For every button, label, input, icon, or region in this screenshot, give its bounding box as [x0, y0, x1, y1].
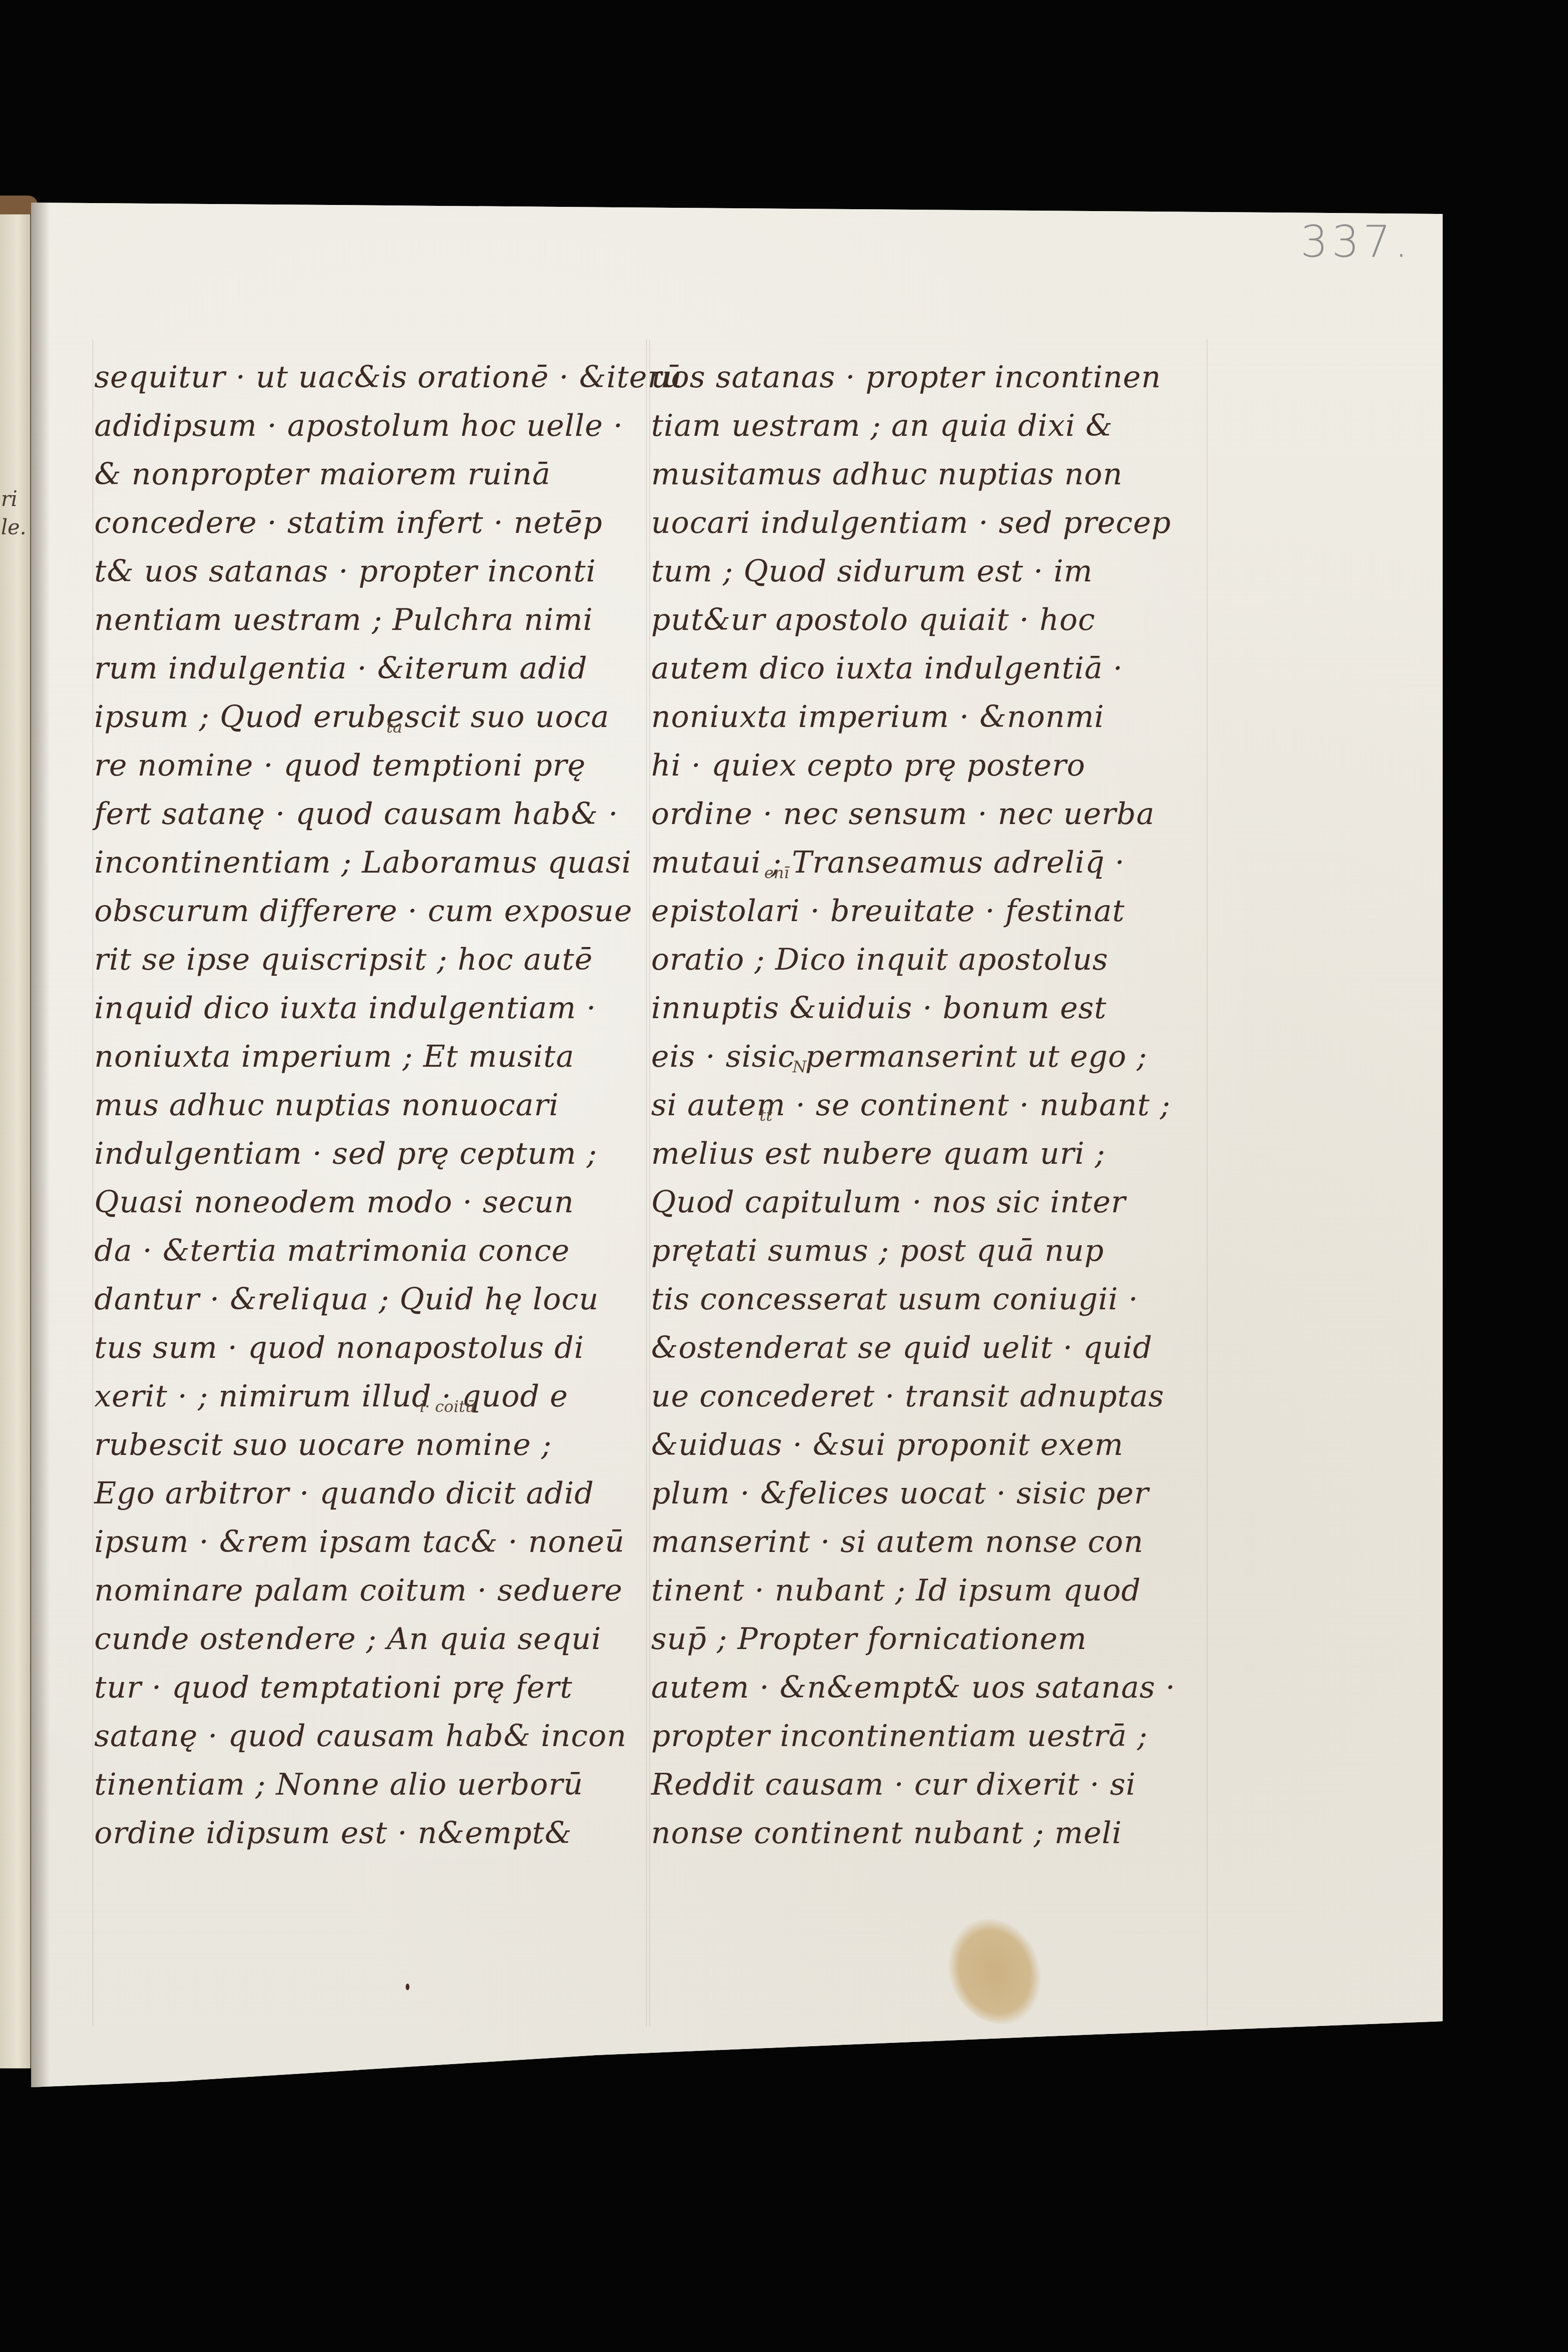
manuscript-line: nentiam uestram ; Pulchra nimi [94, 587, 645, 635]
manuscript-line: nominare palam coitum · seduere [94, 1557, 645, 1606]
manuscript-line: autem dico iuxta indulgentiā · [651, 635, 1202, 684]
manuscript-line: inquid dico iuxta indulgentiam · [94, 975, 645, 1023]
manuscript-line: tis concesserat usum coniugii · [651, 1266, 1202, 1315]
interlinear-gloss: ta [386, 718, 402, 737]
ruling-line [646, 339, 647, 2026]
manuscript-line: prętati sumus ; post quā nup [651, 1217, 1202, 1266]
ruling-line [1207, 339, 1208, 2026]
manuscript-line: Reddit causam · cur dixerit · si [651, 1751, 1202, 1800]
manuscript-line: concedere · statim infert · netēp [94, 490, 645, 538]
previous-leaf-fragment: ri le. [1, 485, 26, 542]
manuscript-line: ordine · nec sensum · nec uerba [651, 781, 1202, 829]
manuscript-line: si autem · se continent · nubant ; [651, 1072, 1202, 1120]
manuscript-line: t& uos satanas · propter inconti [94, 538, 645, 587]
manuscript-line: cunde ostendere ; An quia sequi [94, 1606, 645, 1654]
manuscript-line: xerit · ; nimirum illud · quod e [94, 1363, 645, 1412]
previous-leaf-edge: ri le. [0, 207, 32, 2068]
manuscript-line: Quasi noneodem modo · secun [94, 1169, 645, 1217]
manuscript-line: melius est nubere quam uri ; [651, 1120, 1202, 1169]
manuscript-line: propter incontinentiam uestrā ; [651, 1703, 1202, 1751]
manuscript-line: incontinentiam ; Laboramus quasi [94, 829, 645, 878]
manuscript-line: tiam uestram ; an quia dixi & [651, 392, 1202, 441]
ruling-line [649, 339, 650, 2026]
manuscript-line: rum indulgentia · &iterum adid [94, 635, 645, 684]
manuscript-line: ue concederet · transit adnuptas [651, 1363, 1202, 1412]
manuscript-line: mutaui ; Transeamus adreliq̄ · [651, 829, 1202, 878]
manuscript-line: da · &tertia matrimonia conce [94, 1217, 645, 1266]
manuscript-line: & nonpropter maiorem ruinā [94, 441, 645, 490]
manuscript-line: re nomine · quod temptioni prę [94, 732, 645, 781]
parchment-stain [934, 1905, 1055, 2038]
manuscript-line: tinent · nubant ; Id ipsum quod [651, 1557, 1202, 1606]
manuscript-line: uocari indulgentiam · sed precep [651, 490, 1202, 538]
interlinear-gloss: tt [759, 1106, 772, 1125]
manuscript-line: tum ; Quod sidurum est · im [651, 538, 1202, 587]
manuscript-line: autem · &n&empt& uos satanas · [651, 1654, 1202, 1703]
manuscript-line: oratio ; Dico inquit apostolus [651, 926, 1202, 975]
ink-spot [406, 1984, 409, 1990]
gutter-shadow [31, 203, 50, 2087]
manuscript-line: ipsum ; Quod erubescit suo uoca [94, 684, 645, 732]
ruling-line [92, 339, 93, 2026]
text-column-right: uos satanas · propter incontinentiam ues… [651, 344, 1202, 1848]
manuscript-line: rubescit suo uocare nomine ; [94, 1412, 645, 1460]
manuscript-line: uos satanas · propter incontinen [651, 344, 1202, 392]
manuscript-line: obscurum differere · cum exposue [94, 878, 645, 926]
manuscript-line: innuptis &uiduis · bonum est [651, 975, 1202, 1023]
manuscript-line: adidipsum · apostolum hoc uelle · [94, 392, 645, 441]
manuscript-line: ordine idipsum est · n&empt& [94, 1800, 645, 1848]
manuscript-line: ipsum · &rem ipsam tac& · noneū [94, 1509, 645, 1557]
interlinear-gloss: ·i· coitū [415, 1397, 475, 1416]
text-column-left: sequitur · ut uac&is orationē · &iterūad… [94, 344, 645, 1848]
manuscript-line: sup̄ ; Propter fornicationem [651, 1606, 1202, 1654]
manuscript-line: mus adhuc nuptias nonuocari [94, 1072, 645, 1120]
manuscript-line: &uiduas · &sui proponit exem [651, 1412, 1202, 1460]
manuscript-line: epistolari · breuitate · festinat [651, 878, 1202, 926]
manuscript-folio: 337. sequitur · ut uac&is orationē · &it… [31, 203, 1443, 2087]
manuscript-line: noniuxta imperium ; Et musita [94, 1023, 645, 1072]
manuscript-line: satanę · quod causam hab& incon [94, 1703, 645, 1751]
manuscript-line: eis · sisic permanserint ut ego ; [651, 1023, 1202, 1072]
manuscript-line: put&ur apostolo quiait · hoc [651, 587, 1202, 635]
manuscript-line: plum · &felices uocat · sisic per [651, 1460, 1202, 1509]
manuscript-line: &ostenderat se quid uelit · quid [651, 1315, 1202, 1363]
manuscript-line: Quod capitulum · nos sic inter [651, 1169, 1202, 1217]
manuscript-line: manserint · si autem nonse con [651, 1509, 1202, 1557]
fragment-line: ri [1, 485, 26, 514]
manuscript-line: noniuxta imperium · &nonmi [651, 684, 1202, 732]
interlinear-gloss: N· [792, 1058, 812, 1077]
manuscript-line: sequitur · ut uac&is orationē · &iterū [94, 344, 645, 392]
manuscript-line: nonse continent nubant ; meli [651, 1800, 1202, 1848]
fragment-line: le. [1, 514, 26, 542]
manuscript-line: tur · quod temptationi prę fert [94, 1654, 645, 1703]
interlinear-gloss: enī [764, 864, 789, 882]
manuscript-line: hi · quiex cepto prę postero [651, 732, 1202, 781]
foliation-number: 337. [1300, 217, 1412, 267]
manuscript-line: dantur · &reliqua ; Quid hę locu [94, 1266, 645, 1315]
manuscript-line: indulgentiam · sed prę ceptum ; [94, 1120, 645, 1169]
manuscript-line: Ego arbitror · quando dicit adid [94, 1460, 645, 1509]
manuscript-line: fert satanę · quod causam hab& · [94, 781, 645, 829]
manuscript-line: musitamus adhuc nuptias non [651, 441, 1202, 490]
manuscript-line: tus sum · quod nonapostolus di [94, 1315, 645, 1363]
manuscript-line: tinentiam ; Nonne alio uerborū [94, 1751, 645, 1800]
manuscript-line: rit se ipse quiscripsit ; hoc autē [94, 926, 645, 975]
